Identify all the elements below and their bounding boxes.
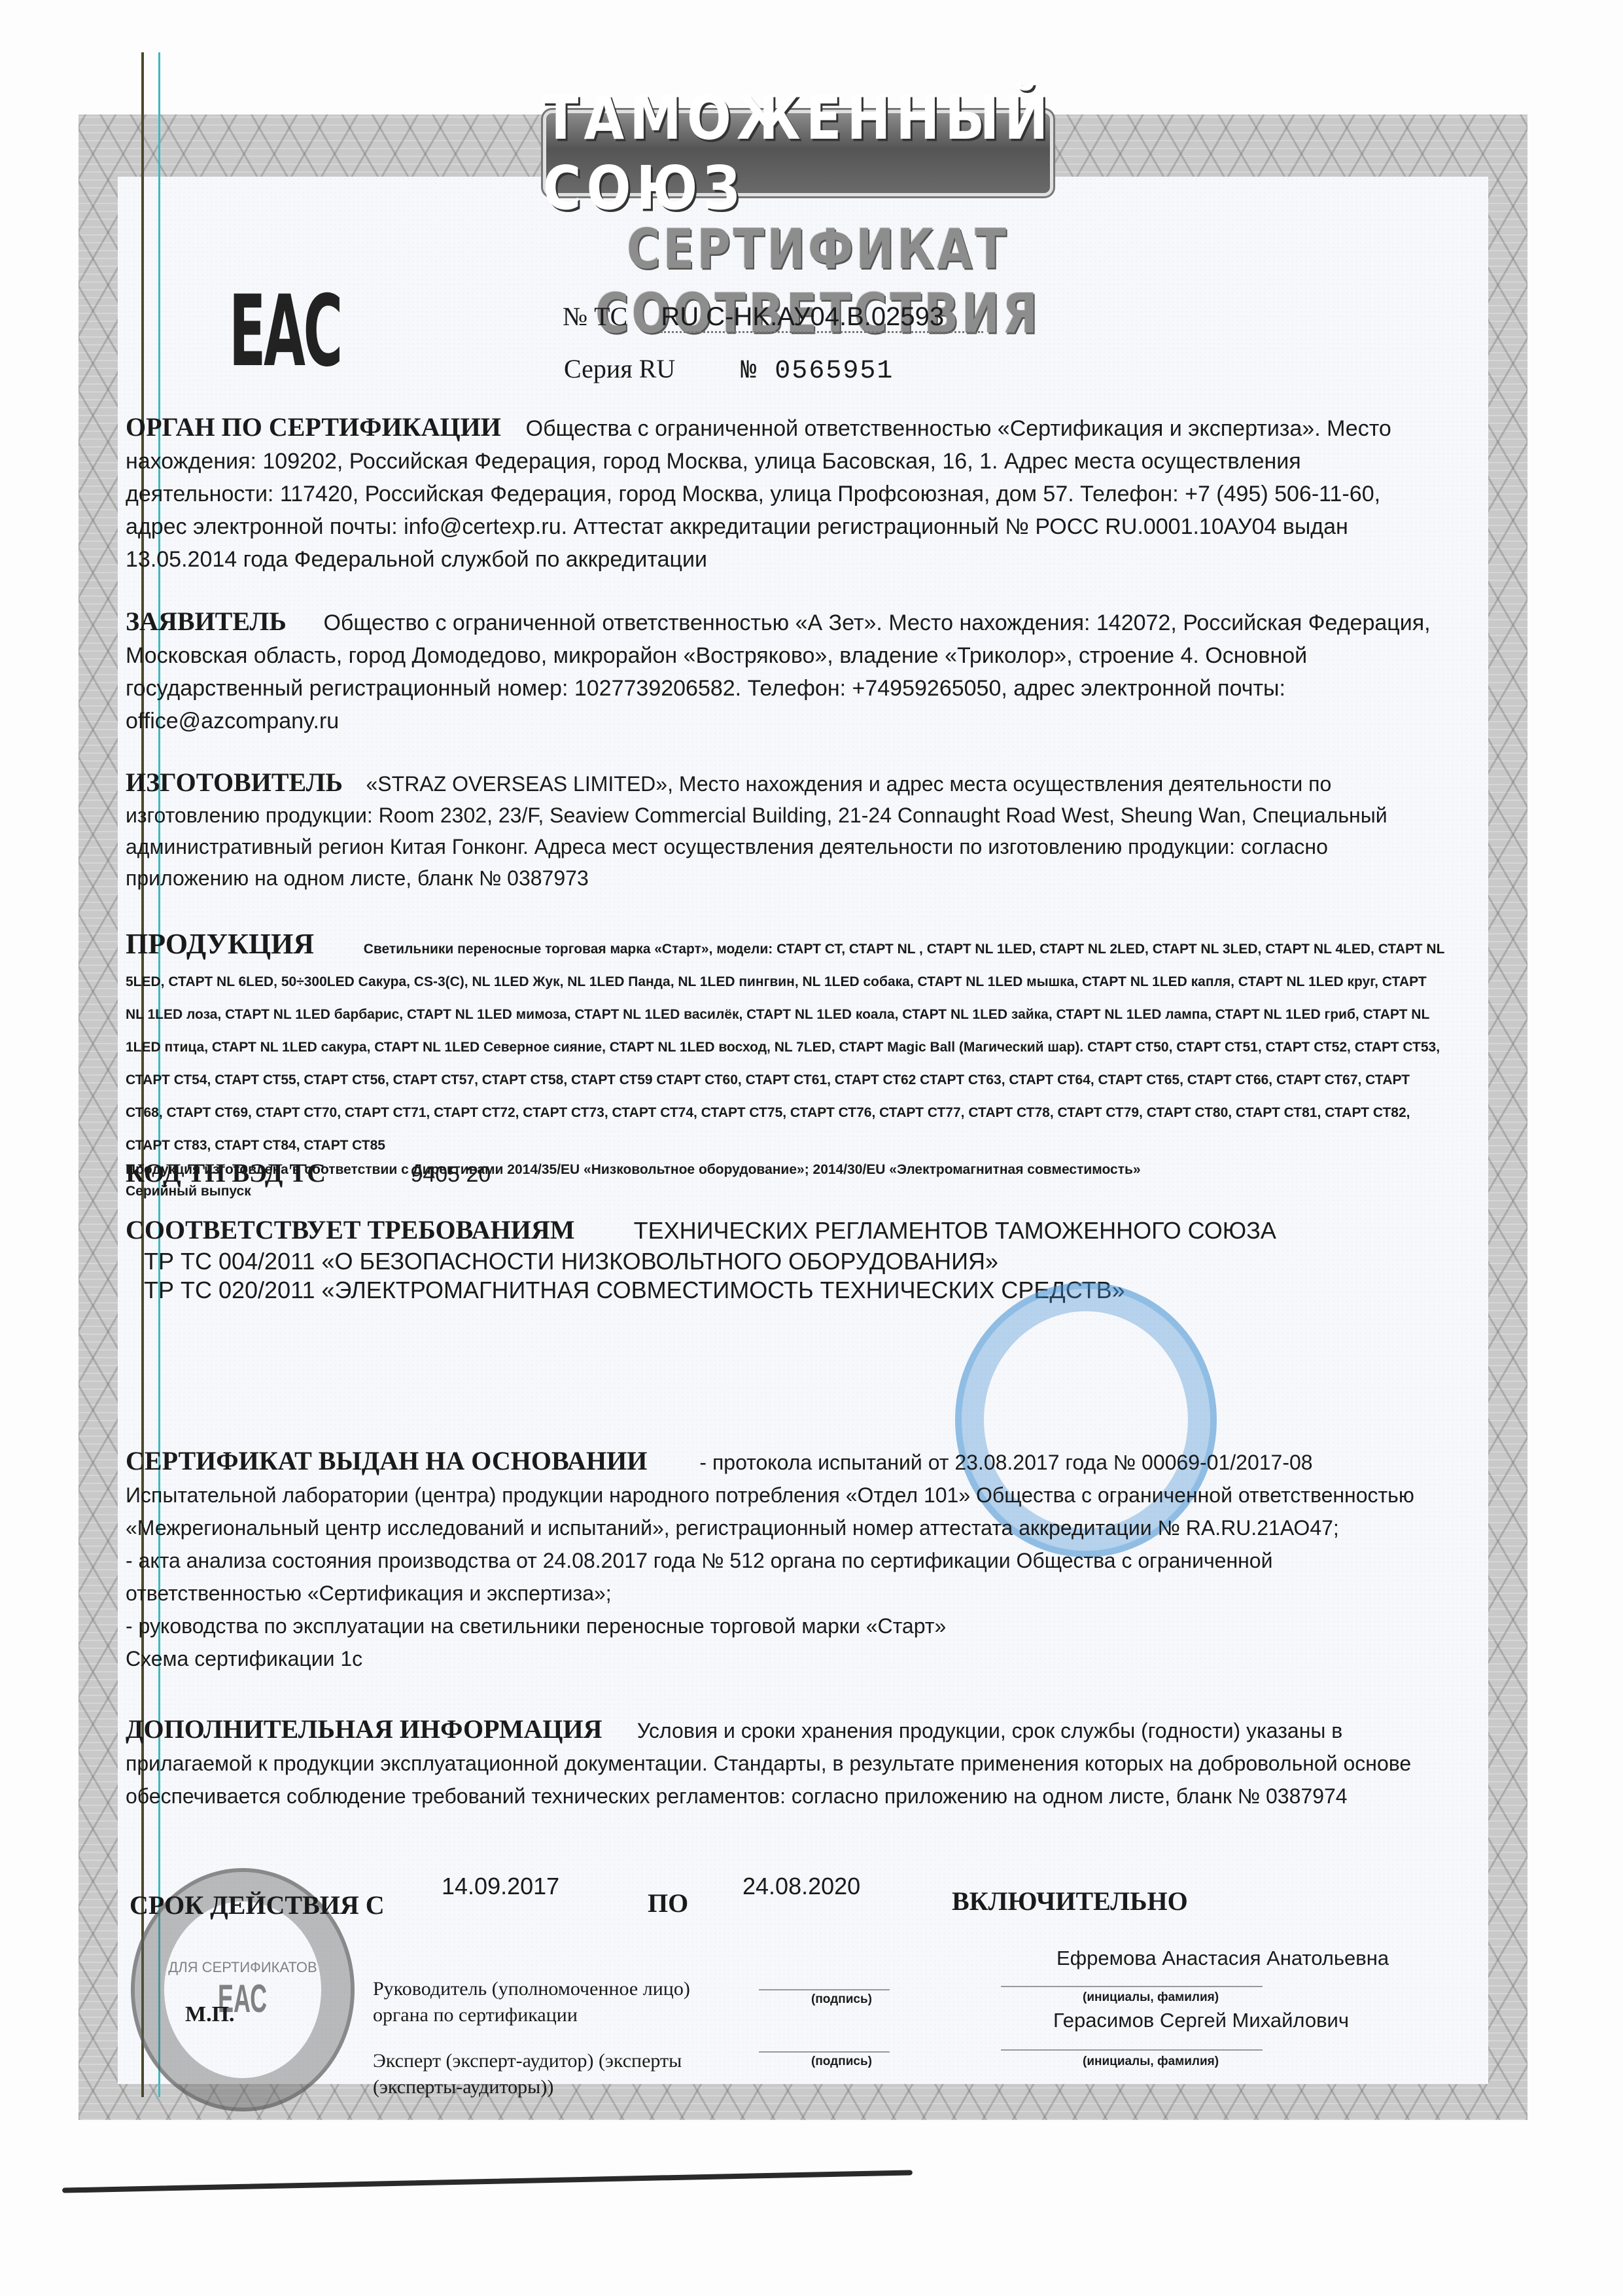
cert-number-value: RU C-HK.АУ04.В.02593 bbox=[661, 302, 983, 333]
name-line bbox=[1001, 2049, 1263, 2051]
validity-inclusive: ВКЛЮЧИТЕЛЬНО bbox=[952, 1886, 1188, 1916]
basis-item: - акта анализа состояния производства от… bbox=[126, 1544, 1447, 1610]
head-signatory-name: Ефремова Анастасия Анатольевна bbox=[1056, 1947, 1389, 1970]
hs-code-section: КОД ТН ВЭД ТС 9405 20 bbox=[126, 1157, 1447, 1191]
section-heading: ПРОДУКЦИЯ bbox=[126, 928, 314, 960]
additional-info-section: ДОПОЛНИТЕЛЬНАЯ ИНФОРМАЦИЯ Условия и срок… bbox=[126, 1713, 1447, 1812]
certification-scheme: Схема сертификации 1с bbox=[126, 1642, 1447, 1675]
cert-number-label: № ТС bbox=[563, 302, 627, 331]
certification-body-section: ОРГАН ПО СЕРТИФИКАЦИИ Общества с огранич… bbox=[126, 411, 1447, 576]
basis-item: - руководства по эксплуатации на светиль… bbox=[126, 1610, 1447, 1642]
conformity-intro: ТЕХНИЧЕСКИХ РЕГЛАМЕНТОВ ТАМОЖЕННОГО СОЮЗ… bbox=[634, 1217, 1276, 1244]
head-signatory-label: Руководитель (уполномоченное лицо) орган… bbox=[373, 1976, 713, 2028]
seal-place-label: М.П. bbox=[185, 2002, 235, 2027]
section-heading: КОД ТН ВЭД ТС bbox=[126, 1158, 326, 1188]
section-text: Общество с ограниченной ответственностью… bbox=[126, 610, 1431, 733]
series-label: Серия RU bbox=[564, 354, 675, 383]
validity-from: 14.09.2017 bbox=[442, 1873, 559, 1900]
blank-number: № 0565951 bbox=[741, 357, 894, 386]
validity-to: 24.08.2020 bbox=[742, 1873, 860, 1900]
product-models: Светильники переносные торговая марка «С… bbox=[126, 942, 1444, 1153]
expert-name: Герасимов Сергей Михайлович bbox=[1053, 2009, 1349, 2032]
validity-heading: СРОК ДЕЙСТВИЯ С bbox=[130, 1890, 385, 1920]
seal-text: ДЛЯ СЕРТИФИКАТОВ bbox=[168, 1959, 317, 1976]
name-caption: (инициалы, фамилия) bbox=[1083, 2055, 1219, 2069]
validity-to-label: ПО bbox=[648, 1888, 688, 1918]
basis-section: СЕРТИФИКАТ ВЫДАН НА ОСНОВАНИИ - протокол… bbox=[126, 1445, 1447, 1675]
signature-caption: (подпись) bbox=[811, 1992, 872, 2007]
section-heading: СООТВЕТСТВУЕТ ТРЕБОВАНИЯМ bbox=[126, 1215, 575, 1245]
section-heading: ДОПОЛНИТЕЛЬНАЯ ИНФОРМАЦИЯ bbox=[126, 1714, 602, 1744]
expert-label: Эксперт (эксперт-аудитор) (эксперты (экс… bbox=[373, 2048, 713, 2100]
section-heading: ОРГАН ПО СЕРТИФИКАЦИИ bbox=[126, 412, 501, 442]
regulation-item: ТР ТС 004/2011 «О БЕЗОПАСНОСТИ НИЗКОВОЛЬ… bbox=[144, 1247, 1125, 1276]
customs-union-banner: ТАМОЖЕННЫЙ СОЮЗ bbox=[543, 110, 1053, 196]
section-heading: ИЗГОТОВИТЕЛЬ bbox=[126, 768, 343, 797]
series-line: Серия RU № 0565951 bbox=[564, 353, 894, 386]
signature-line bbox=[759, 1989, 890, 1990]
hs-code-value: 9405 20 bbox=[410, 1162, 491, 1187]
section-heading: ЗАЯВИТЕЛЬ bbox=[126, 607, 287, 636]
applicant-section: ЗАЯВИТЕЛЬ Общество с ограниченной ответс… bbox=[126, 605, 1447, 737]
pen-stroke bbox=[62, 2170, 913, 2193]
name-line bbox=[1001, 1986, 1263, 1987]
regulation-item: ТР ТС 020/2011 «ЭЛЕКТРОМАГНИТНАЯ СОВМЕСТ… bbox=[144, 1276, 1125, 1305]
banner-title: ТАМОЖЕННЫЙ СОЮЗ bbox=[543, 83, 1053, 223]
manufacturer-section: ИЗГОТОВИТЕЛЬ «STRAZ OVERSEAS LIMITED», М… bbox=[126, 767, 1447, 894]
eac-logo-icon: ЕАС bbox=[229, 275, 341, 389]
conformity-section: СООТВЕТСТВУЕТ ТРЕБОВАНИЯМ ТЕХНИЧЕСКИХ РЕ… bbox=[126, 1214, 1447, 1247]
name-caption: (инициалы, фамилия) bbox=[1083, 1990, 1219, 2005]
signature-line bbox=[759, 2051, 890, 2053]
certificate-number: № ТС RU C-HK.АУ04.В.02593 bbox=[563, 301, 983, 332]
regulations-list: ТР ТС 004/2011 «О БЕЗОПАСНОСТИ НИЗКОВОЛЬ… bbox=[144, 1247, 1125, 1305]
section-heading: СЕРТИФИКАТ ВЫДАН НА ОСНОВАНИИ bbox=[126, 1446, 647, 1475]
signature-caption: (подпись) bbox=[811, 2055, 872, 2069]
